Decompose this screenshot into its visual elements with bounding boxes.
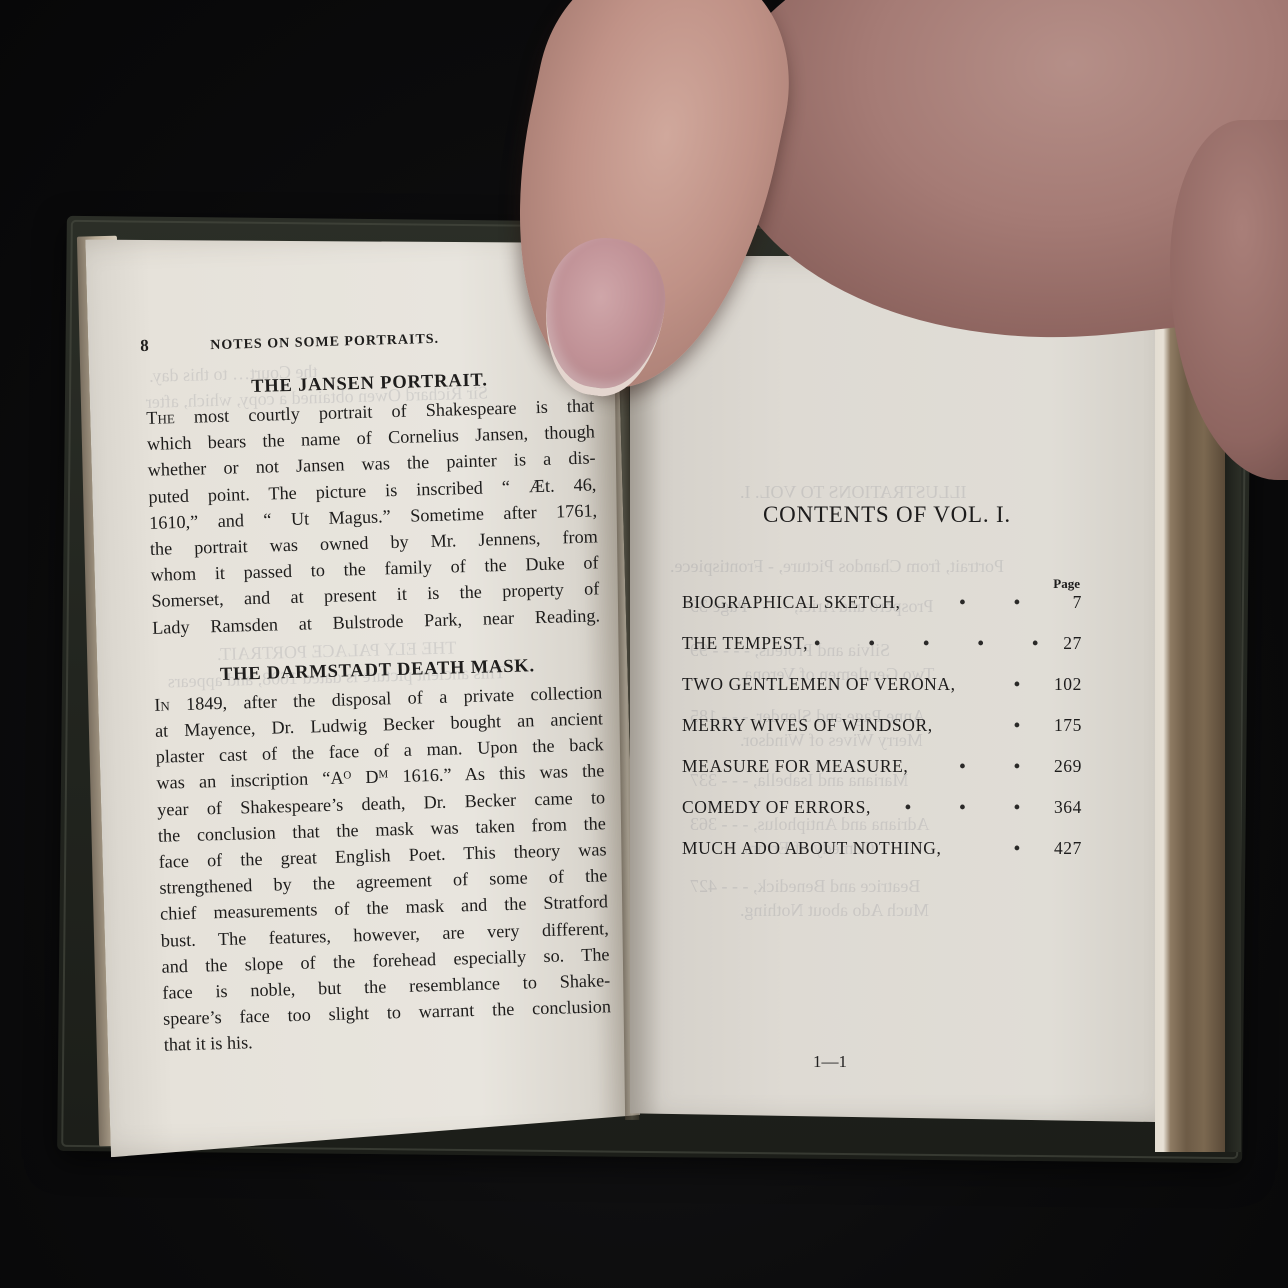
- paragraph-jansen-portrait: The most courtly portrait of Shakespeare…: [146, 392, 600, 640]
- right-page: ILLUSTRATIONS TO VOL. I. Portrait, from …: [630, 256, 1155, 1122]
- contents-list: BIOGRAPHICAL SKETCH, • • 7 THE TEMPEST, …: [682, 592, 1082, 879]
- paragraph-darmstadt-death-mask: In 1849, after the disposal of a private…: [154, 679, 612, 1058]
- dot-leader: •: [941, 838, 1048, 859]
- contents-entry-title: TWO GENTLEMEN OF VERONA,: [682, 674, 956, 695]
- page-number: 8: [140, 334, 211, 356]
- contents-page-column-label: Page: [682, 576, 1082, 592]
- contents-entry-page: 102: [1048, 674, 1082, 695]
- dot-leader: • • • • •: [808, 633, 1048, 654]
- contents-block: CONTENTS OF VOL. I. Page BIOGRAPHICAL SK…: [682, 502, 1082, 879]
- drop-lead-word: In: [154, 694, 170, 714]
- contents-entry-title: MERRY WIVES OF WINDSOR,: [682, 715, 933, 736]
- photo-scene: the Court… to this day. Sir Richard Owen…: [0, 0, 1288, 1288]
- contents-entry-page: 27: [1048, 633, 1082, 654]
- contents-entry-page: 7: [1048, 592, 1082, 613]
- contents-entry-page: 175: [1048, 715, 1082, 736]
- contents-entry-page: 364: [1048, 797, 1082, 818]
- contents-entry: THE TEMPEST, • • • • • 27: [682, 633, 1082, 674]
- dot-leader: •: [956, 674, 1048, 695]
- contents-entry: BIOGRAPHICAL SKETCH, • • 7: [682, 592, 1082, 633]
- contents-entry: TWO GENTLEMEN OF VERONA, • 102: [682, 674, 1082, 715]
- printer-signature-mark: 1—1: [813, 1052, 847, 1072]
- contents-entry-title: THE TEMPEST,: [682, 633, 808, 654]
- contents-entry-title: COMEDY OF ERRORS,: [682, 797, 871, 818]
- show-through-text: Much Ado about Nothing.: [740, 900, 929, 921]
- contents-entry-title: MUCH ADO ABOUT NOTHING,: [682, 838, 941, 859]
- show-through-text: ILLUSTRATIONS TO VOL. I.: [740, 482, 967, 503]
- contents-entry: COMEDY OF ERRORS, • • • 364: [682, 797, 1082, 838]
- contents-entry: MEASURE FOR MEASURE, • • 269: [682, 756, 1082, 797]
- dot-leader: •: [933, 715, 1048, 736]
- contents-entry: MUCH ADO ABOUT NOTHING, • 427: [682, 838, 1082, 879]
- contents-entry-title: MEASURE FOR MEASURE,: [682, 756, 908, 777]
- contents-entry: MERRY WIVES OF WINDSOR, • 175: [682, 715, 1082, 756]
- contents-entry-page: 427: [1048, 838, 1082, 859]
- contents-entry-page: 269: [1048, 756, 1082, 777]
- show-through-text: Beatrice and Benedick, - - - 427: [690, 876, 920, 897]
- running-head-title: NOTES ON SOME PORTRAITS.: [210, 332, 439, 354]
- dot-leader: • •: [900, 592, 1048, 613]
- contents-title: CONTENTS OF VOL. I.: [692, 502, 1082, 528]
- left-page-text-block: 8 NOTES ON SOME PORTRAITS. THE JANSEN PO…: [144, 323, 612, 1058]
- dot-leader: • • •: [871, 797, 1048, 818]
- contents-entry-title: BIOGRAPHICAL SKETCH,: [682, 592, 900, 613]
- running-head: 8 NOTES ON SOME PORTRAITS.: [140, 323, 592, 356]
- dot-leader: • •: [908, 756, 1048, 777]
- drop-lead-word: The: [146, 407, 175, 428]
